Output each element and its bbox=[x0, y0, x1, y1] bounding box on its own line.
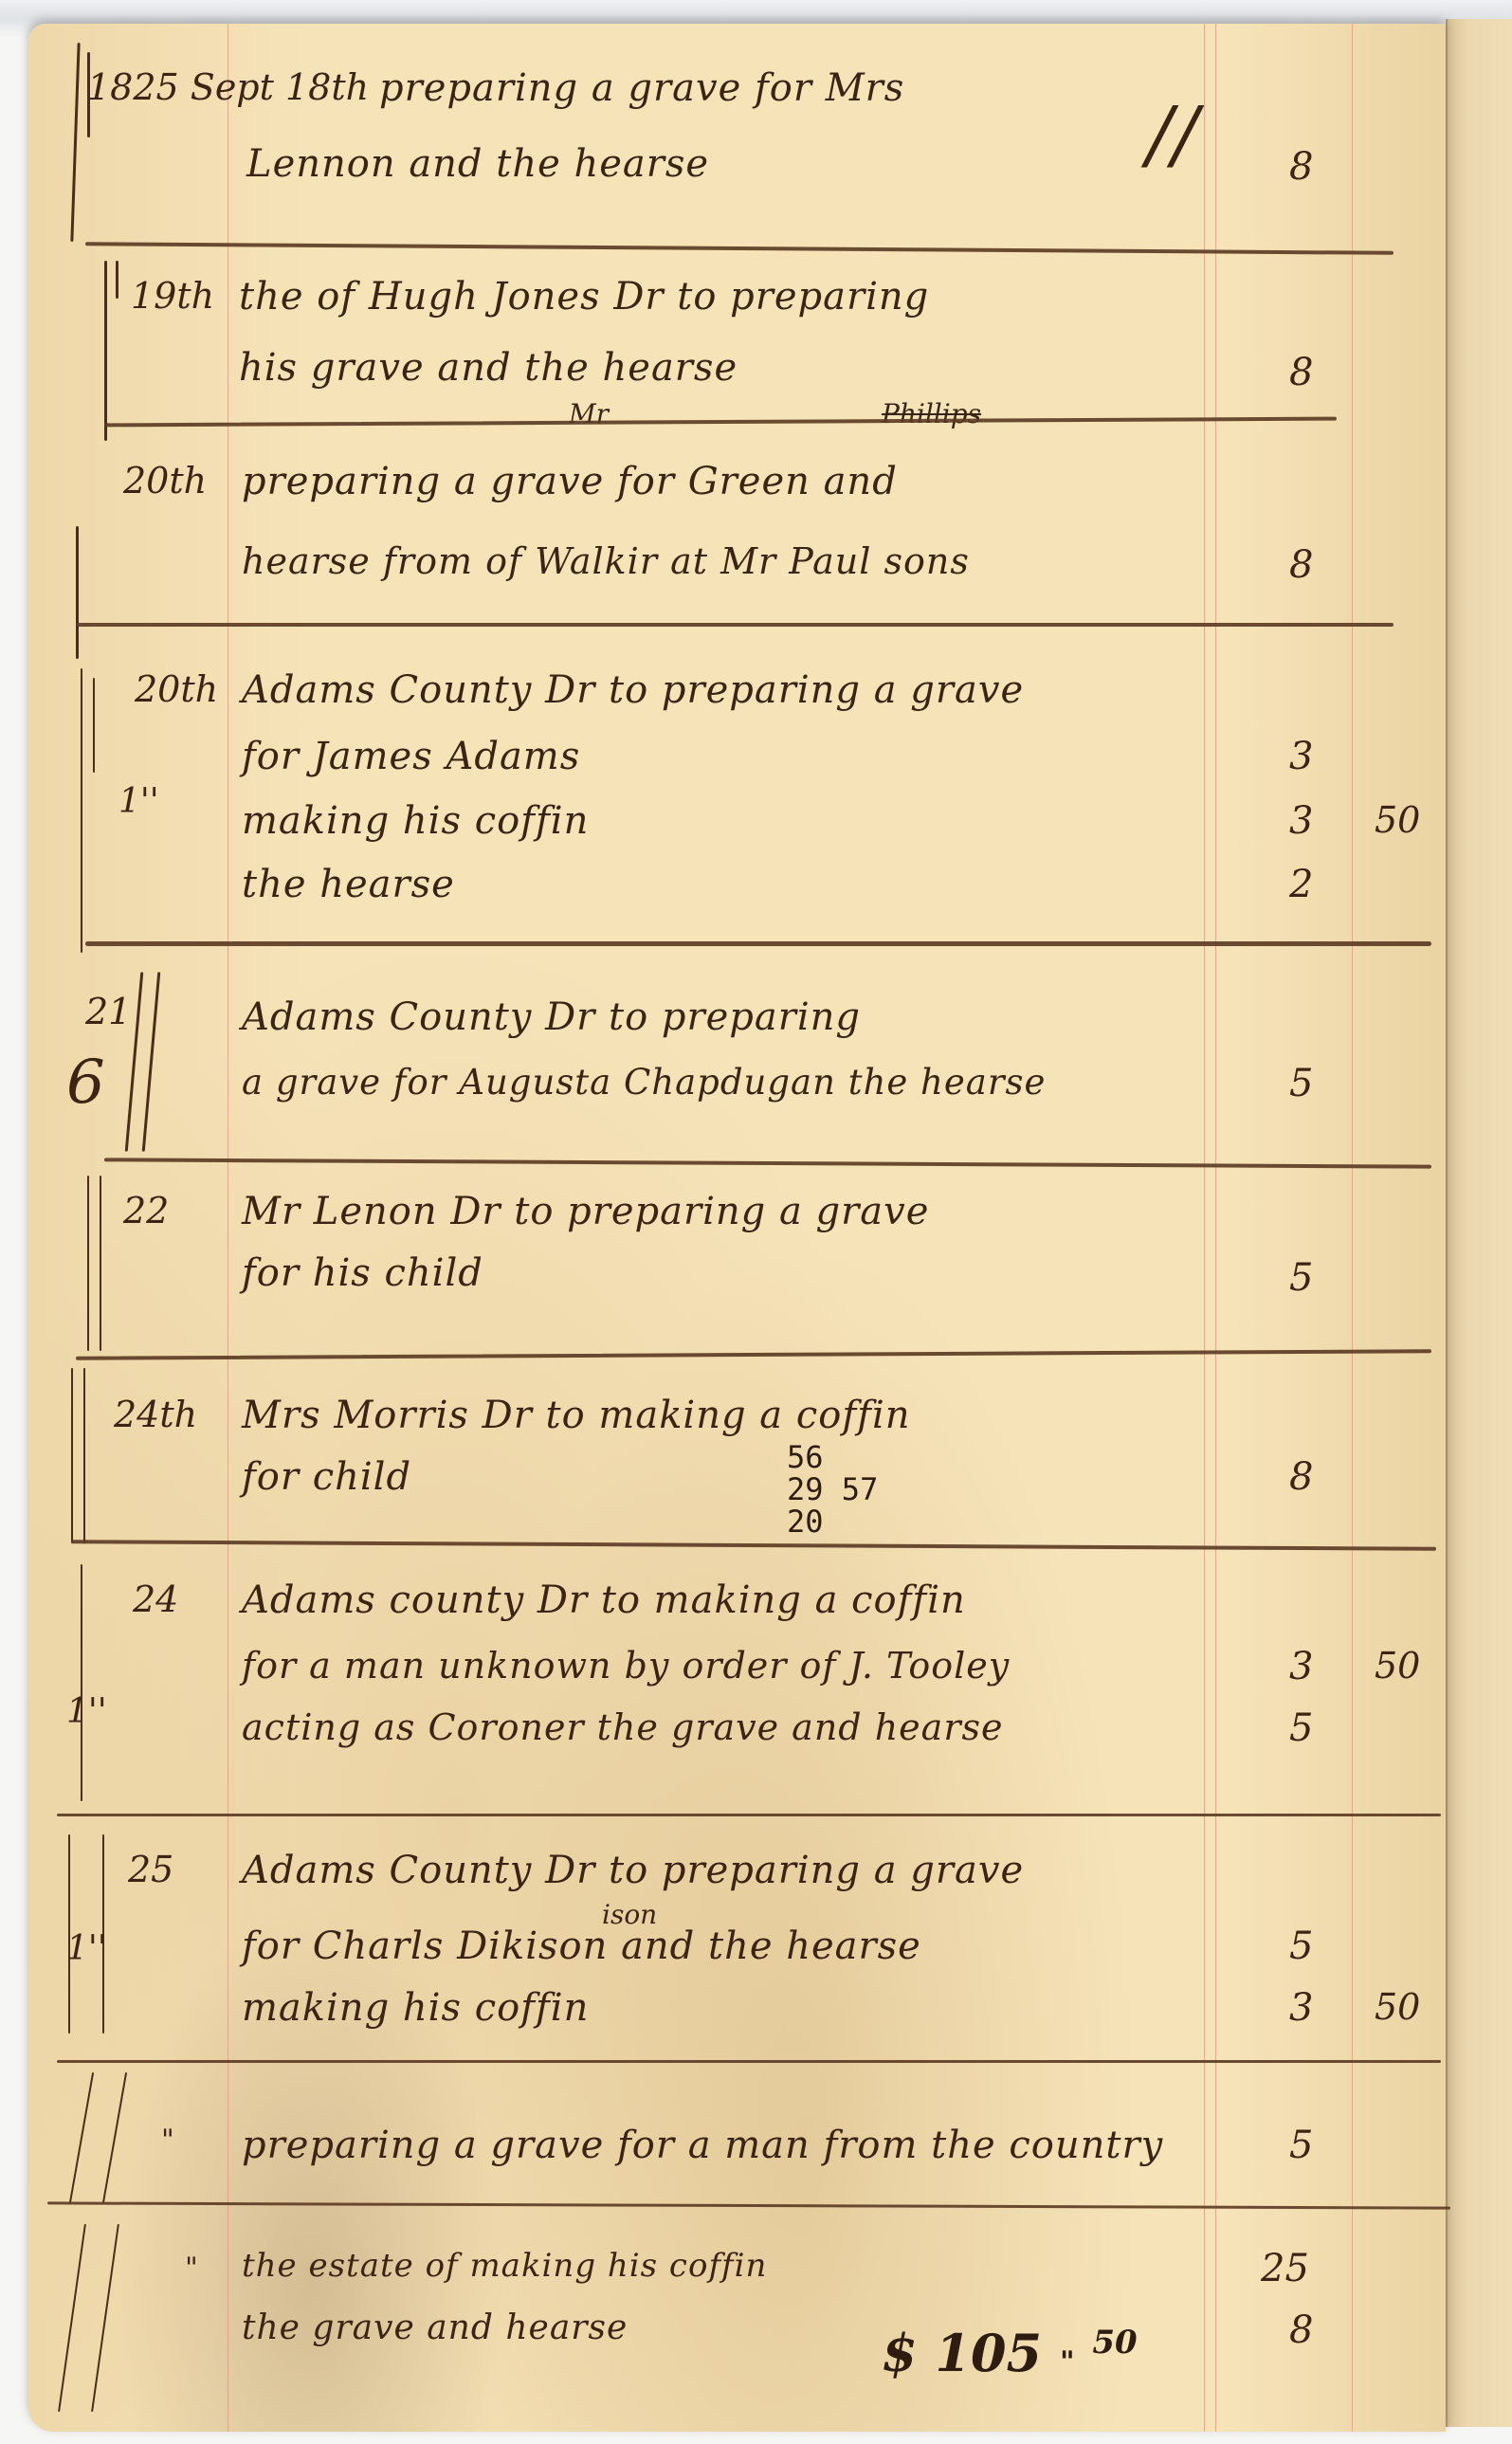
margin-rule bbox=[228, 24, 228, 2432]
margin-bracket bbox=[142, 972, 161, 1152]
entry-text: hearse from of Walkir at Mr Paul sons bbox=[242, 540, 970, 582]
entry-date: 22 bbox=[123, 1190, 169, 1231]
amount-cents: 50 bbox=[1375, 1645, 1450, 1687]
entry-divider bbox=[47, 2201, 1450, 2209]
entry-text: Mr Lenon Dr to preparing a grave bbox=[242, 1190, 929, 1233]
facing-page-edge bbox=[1446, 19, 1512, 2427]
amount-dollars: 8 bbox=[1289, 2308, 1346, 2352]
tally-mark: // bbox=[1147, 90, 1198, 178]
entry-date: 20th bbox=[123, 460, 207, 502]
entry-text: a grave for Augusta Chapdugan the hearse bbox=[242, 1062, 1046, 1103]
amount-dollars: 5 bbox=[1289, 1256, 1346, 1300]
entry-date: 25 bbox=[128, 1849, 173, 1890]
amount-dollars: 8 bbox=[1289, 1455, 1346, 1499]
entry-divider bbox=[104, 417, 1337, 428]
amount-dollars: 3 bbox=[1289, 735, 1346, 778]
margin-mark: 6 bbox=[66, 1048, 105, 1118]
entry-text: Adams county Dr to making a coffin bbox=[242, 1578, 966, 1622]
entry-divider bbox=[76, 1349, 1431, 1359]
entry-text: the hearse bbox=[242, 863, 455, 906]
entry-text: Mrs Morris Dr to making a coffin bbox=[242, 1394, 911, 1437]
entry-text: Adams County Dr to preparing a grave bbox=[242, 668, 1024, 712]
margin-bracket bbox=[76, 526, 79, 659]
entry-divider bbox=[71, 1540, 1436, 1551]
entry-date: 1825 Sept 18th bbox=[87, 66, 369, 108]
scratch-figure: 29 57 bbox=[787, 1473, 878, 1505]
margin-bracket bbox=[91, 2224, 119, 2412]
dollar-sign: $ bbox=[882, 2323, 918, 2383]
amount-dollars: 5 bbox=[1289, 1062, 1346, 1105]
entry-divider bbox=[85, 941, 1431, 946]
amount-dollars: 8 bbox=[1289, 351, 1346, 394]
entry-text: the of Hugh Jones Dr to preparing bbox=[239, 275, 929, 319]
total-cents: 50 bbox=[1092, 2324, 1137, 2362]
ledger-page: 1825 Sept 18th preparing a grave for Mrs… bbox=[28, 24, 1446, 2432]
entry-text: preparing a grave for Green and bbox=[242, 460, 898, 503]
amount-dollars: 5 bbox=[1289, 1706, 1346, 1750]
entry-divider bbox=[85, 242, 1394, 255]
margin-bracket bbox=[87, 1176, 89, 1351]
entry-date: 24th bbox=[114, 1394, 197, 1435]
entry-divider bbox=[57, 2060, 1441, 2063]
entry-text: for child bbox=[242, 1455, 411, 1499]
margin-mark: 1'' bbox=[118, 782, 159, 821]
entry-text: his grave and the hearse bbox=[239, 346, 738, 390]
cents-column-rule bbox=[1352, 24, 1353, 2432]
entry-text: for James Adams bbox=[242, 735, 580, 778]
entry-text: for a man unknown by order of J. Tooley bbox=[242, 1645, 1010, 1687]
entry-text: making his coffin bbox=[242, 799, 589, 843]
page-total: $ 105 " 50 bbox=[882, 2323, 1138, 2383]
margin-bracket bbox=[69, 2072, 94, 2203]
amount-cents: 50 bbox=[1375, 1986, 1450, 2028]
margin-bracket bbox=[70, 43, 80, 242]
amount-dollars: 2 bbox=[1289, 863, 1346, 906]
entry-text: Adams County Dr to preparing bbox=[242, 995, 861, 1039]
entry-date: 24 bbox=[133, 1578, 178, 1620]
entry-text: the grave and hearse bbox=[242, 2308, 628, 2347]
total-dollars: 105 bbox=[935, 2323, 1042, 2383]
scratch-figure: 20 bbox=[787, 1505, 878, 1538]
scratch-calculation: 56 29 57 20 bbox=[787, 1441, 878, 1538]
entry-text: the estate of making his coffin bbox=[242, 2247, 767, 2285]
entry-date: 20th bbox=[135, 668, 218, 710]
total-separator: " bbox=[1060, 2345, 1075, 2379]
entry-divider bbox=[104, 1158, 1431, 1168]
margin-bracket bbox=[93, 678, 95, 773]
entry-text: acting as Coroner the grave and hearse bbox=[242, 1706, 1003, 1748]
entry-date: 21 bbox=[85, 991, 131, 1032]
margin-bracket bbox=[81, 1564, 82, 1801]
amount-dollars: 5 bbox=[1289, 1924, 1346, 1968]
amount-dollars: 8 bbox=[1289, 543, 1346, 587]
margin-bracket bbox=[100, 1176, 101, 1351]
entry-text: preparing a grave for a man from the cou… bbox=[242, 2124, 1163, 2167]
margin-bracket bbox=[71, 1368, 73, 1543]
amount-dollars: 25 bbox=[1261, 2247, 1318, 2290]
margin-bracket bbox=[104, 261, 107, 441]
ditto-mark: " bbox=[161, 2124, 174, 2157]
dollars-column-rule bbox=[1204, 24, 1205, 2432]
margin-bracket bbox=[58, 2224, 86, 2412]
entry-text: Lennon and the hearse bbox=[246, 142, 709, 186]
ditto-mark: " bbox=[185, 2252, 198, 2285]
interlinear-insertion: Mr bbox=[569, 398, 609, 429]
entry-text: preparing a grave for Mrs bbox=[379, 66, 904, 110]
margin-mark: 1'' bbox=[66, 1692, 107, 1731]
entry-date: 19th bbox=[131, 275, 214, 317]
margin-bracket bbox=[83, 1368, 85, 1543]
amount-dollars: 5 bbox=[1289, 2124, 1346, 2167]
margin-mark: 1'' bbox=[66, 1929, 107, 1968]
margin-bracket bbox=[102, 2072, 127, 2203]
entry-text: Adams County Dr to preparing a grave bbox=[242, 1849, 1024, 1892]
dollars-column-rule-inner bbox=[1215, 24, 1216, 2432]
scratch-figure: 56 bbox=[787, 1441, 878, 1473]
entry-text: making his coffin bbox=[242, 1986, 589, 2030]
margin-bracket bbox=[116, 261, 118, 299]
amount-dollars: 3 bbox=[1289, 799, 1346, 843]
margin-bracket bbox=[81, 668, 82, 953]
entry-divider bbox=[76, 623, 1394, 627]
amount-dollars: 3 bbox=[1289, 1645, 1346, 1688]
amount-cents: 50 bbox=[1375, 799, 1450, 841]
entry-text: for his child bbox=[242, 1251, 483, 1295]
amount-dollars: 8 bbox=[1289, 145, 1346, 189]
amount-dollars: 3 bbox=[1289, 1986, 1346, 2030]
entry-text: for Charls Dikison and the hearse bbox=[242, 1924, 921, 1968]
struck-out-name: Phillips bbox=[882, 398, 981, 429]
entry-divider bbox=[57, 1814, 1441, 1816]
